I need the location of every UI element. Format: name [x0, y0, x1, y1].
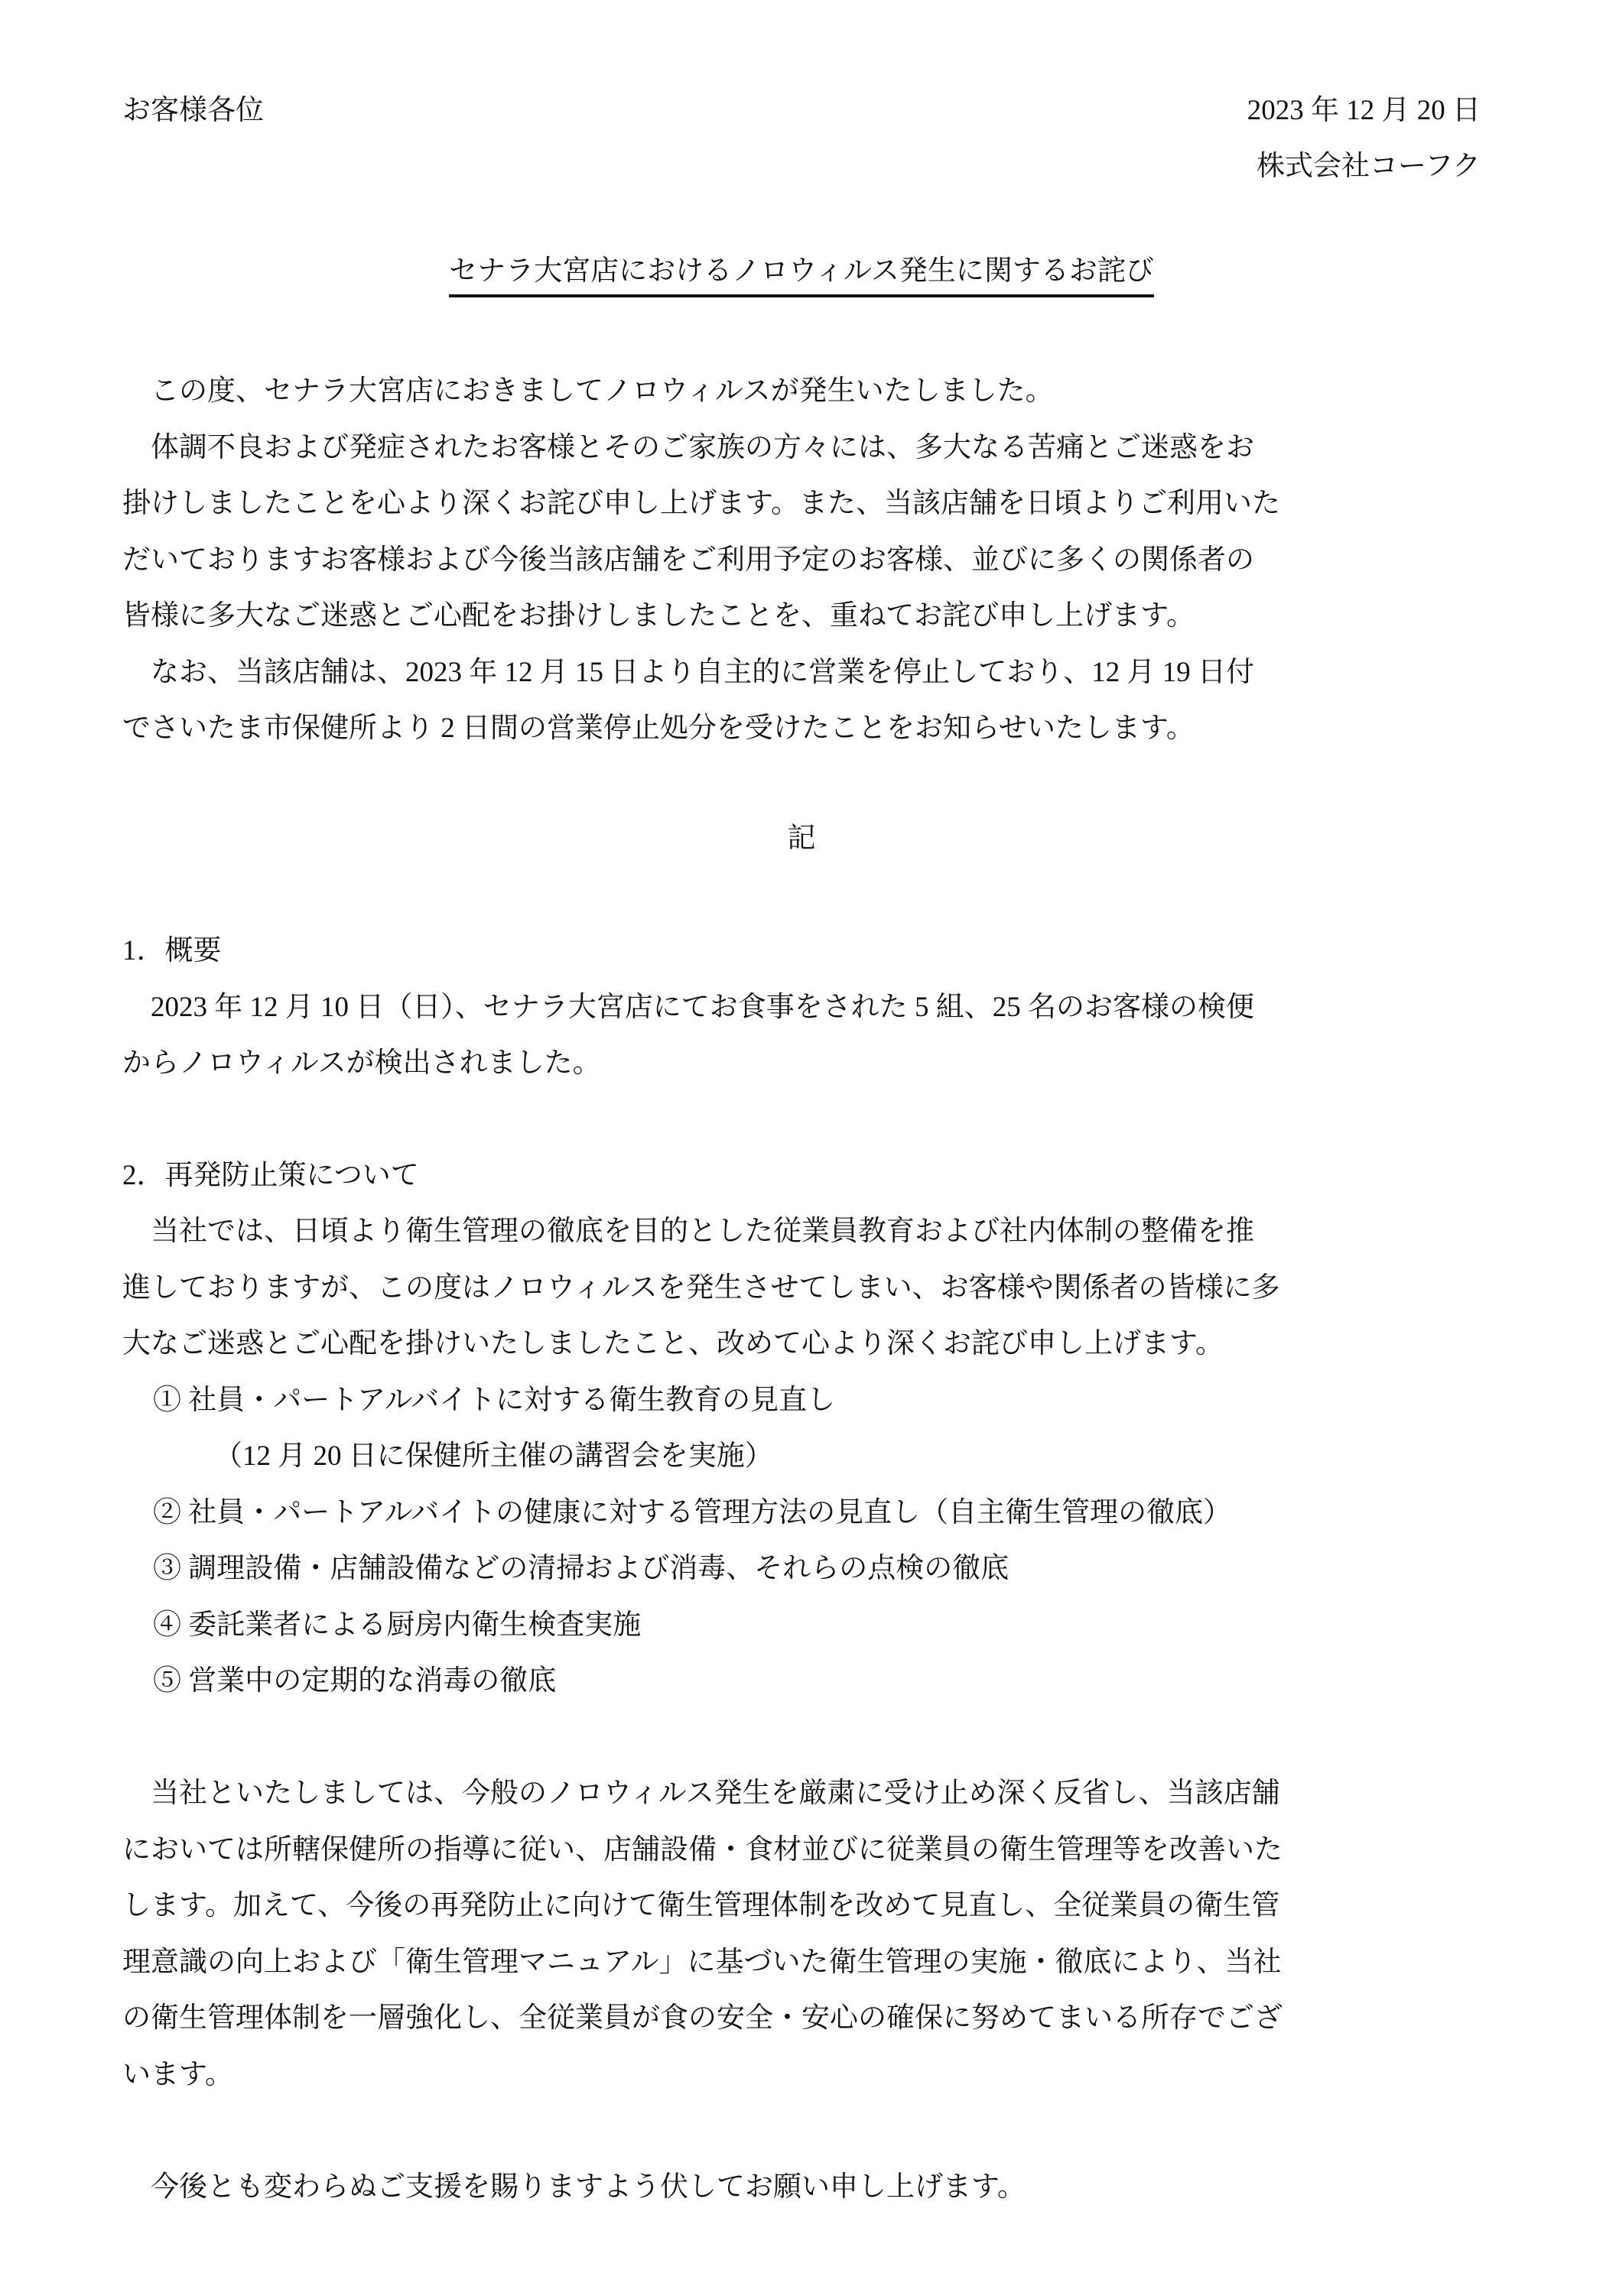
addressee: お客様各位 — [122, 94, 264, 128]
measure-item: ① 社員・パートアルバイトに対する衛生教育の見直し — [153, 1384, 835, 1418]
measure-item: ② 社員・パートアルバイトの健康に対する管理方法の見直し（自主衛生管理の徹底） — [153, 1496, 1231, 1530]
closing-line: の衛生管理体制を一層強化し、全従業員が食の安全・安心の確保に努めてまいる所存でご… — [122, 2002, 1283, 2035]
section1-line: 2023 年 12 月 10 日（日）、セナラ大宮店にてお食事をされた 5 組、… — [151, 991, 1254, 1025]
section1-line: からノロウィルスが検出されました。 — [122, 1047, 601, 1080]
intro-line: この度、セナラ大宮店におきましてノロウィルスが発生いたしました。 — [151, 375, 1054, 408]
intro-line: 皆様に多大なご迷惑とご心配をお掛けしましたことを、重ねてお詫び申し上げます。 — [122, 599, 1195, 633]
measure-item: ④ 委託業者による厨房内衛生検査実施 — [153, 1609, 641, 1642]
closing-line: 当社といたしましては、今般のノロウィルス発生を厳粛に受け止め深く反省し、当該店舗 — [151, 1777, 1280, 1810]
ki-heading: 記 — [122, 822, 1481, 856]
section2-heading: 2．再発防止策について — [122, 1159, 419, 1193]
intro-line: だいておりますお客様および今後当該店舗をご利用予定のお客様、並びに多くの関係者の — [122, 544, 1254, 577]
section2-line: 当社では、日頃より衛生管理の徹底を目的とした従業員教育および社内体制の整備を推 — [151, 1215, 1254, 1249]
intro-line: 掛けしましたことを心より深くお詫び申し上げます。また、当該店舗を日頃よりご利用い… — [122, 487, 1280, 521]
closing-line: します。加えて、今後の再発防止に向けて衛生管理体制を改めて見直し、全従業員の衛生… — [122, 1889, 1279, 1923]
closing-line: 理意識の向上および「衛生管理マニュアル」に基づいた衛生管理の実施・徹底により、当… — [122, 1946, 1282, 1979]
measure-item: ⑤ 営業中の定期的な消毒の徹底 — [153, 1664, 556, 1698]
document-title: セナラ大宮店におけるノロウィルス発生に関するお詫び — [122, 255, 1481, 288]
closing-line: います。 — [122, 2058, 233, 2092]
issue-date: 2023 年 12 月 20 日 — [1247, 94, 1481, 128]
intro-line: 体調不良および発症されたお客様とそのご家族の方々には、多大なる苦痛とご迷惑をお — [151, 431, 1254, 465]
company-name: 株式会社コーフク — [1257, 150, 1481, 183]
document-title-text: セナラ大宮店におけるノロウィルス発生に関するお詫び — [449, 255, 1154, 297]
measure-item: ③ 調理設備・店舗設備などの清掃および消毒、それらの点検の徹底 — [153, 1552, 1009, 1586]
measure-item-note: （12 月 20 日に保健所主催の講習会を実施） — [214, 1440, 773, 1473]
section2-line: 進しておりますが、この度はノロウィルスを発生させてしまい、お客様や関係者の皆様に… — [122, 1271, 1280, 1305]
section2-line: 大なご迷惑とご心配を掛けいたしましたこと、改めて心より深くお詫び申し上げます。 — [122, 1327, 1224, 1361]
final-remark: 今後とも変わらぬご支援を賜りますよう伏してお願い申し上げます。 — [151, 2171, 1026, 2204]
section1-heading: 1．概要 — [122, 934, 222, 968]
closing-line: においては所轄保健所の指導に従い、店舗設備・食材並びに従業員の衛生管理等を改善い… — [122, 1833, 1283, 1867]
intro-line: なお、当該店舗は、2023 年 12 月 15 日より自主的に営業を停止しており… — [151, 656, 1254, 690]
intro-line: でさいたま市保健所より 2 日間の営業停止処分を受けたことをお知らせいたします。 — [122, 712, 1195, 745]
